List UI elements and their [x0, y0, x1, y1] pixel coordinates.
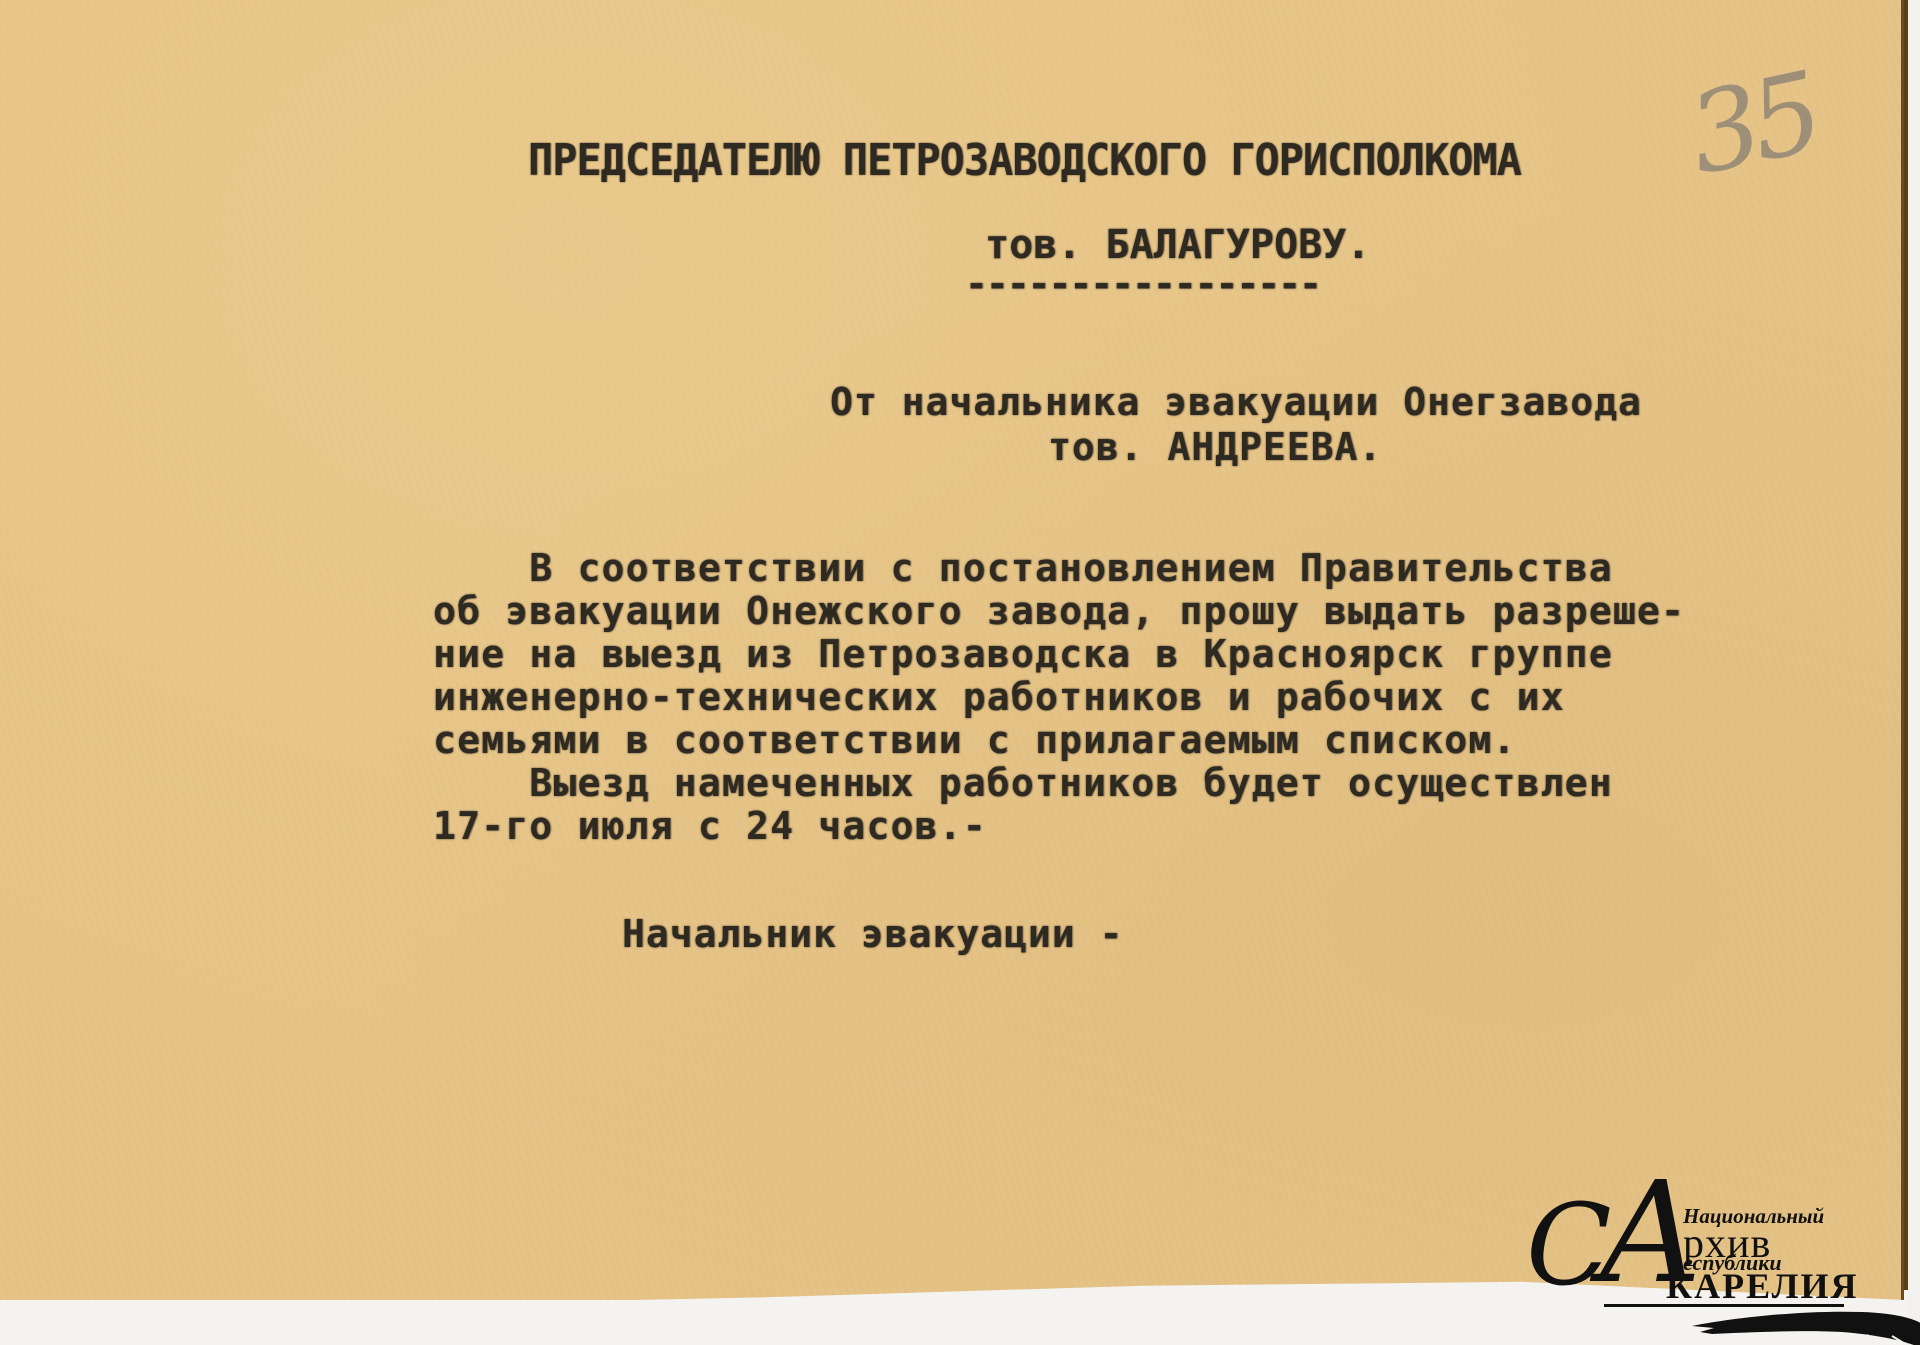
body-line: ние на выезд из Петрозаводска в Краснояр… — [433, 632, 1613, 676]
body-line: 17-го июля с 24 часов.- — [433, 804, 987, 848]
body-line: В соответствии с постановлением Правител… — [433, 546, 1613, 590]
body-line: об эвакуации Онежского завода, прошу выд… — [433, 589, 1685, 633]
feather-quill-icon — [1692, 1308, 1920, 1345]
addressee-underline: ----------------- — [965, 262, 1320, 306]
sender-line-1: От начальника эвакуации Онегзавода — [830, 380, 1642, 424]
body-line: Выезд намеченных работников будет осущес… — [433, 761, 1613, 805]
logo-rule — [1604, 1304, 1844, 1307]
body-line: семьями в соответствии с прилагаемым спи… — [433, 718, 1517, 762]
sender-line-2: тов. АНДРЕЕВА. — [1048, 425, 1382, 469]
pencil-page-number: 35 — [1678, 49, 1826, 200]
archive-watermark-logo: С А Национальный рхив еспублики КАРЕЛИЯ — [1520, 1170, 1920, 1345]
body-line: инженерно-технических работников и рабоч… — [433, 675, 1565, 719]
underlying-page — [1908, 0, 1920, 1345]
signature-line: Начальник эвакуации - — [622, 912, 1123, 956]
document-heading: ПРЕДСЕДАТЕЛЮ ПЕТРОЗАВОДСКОГО ГОРИСПОЛКОМ… — [528, 135, 1521, 186]
logo-line-karelia: КАРЕЛИЯ — [1666, 1265, 1858, 1307]
